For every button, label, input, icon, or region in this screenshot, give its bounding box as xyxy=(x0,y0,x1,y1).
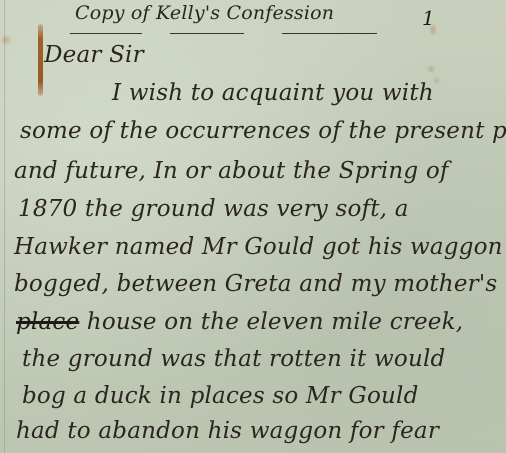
header-underline xyxy=(70,33,142,34)
margin-rule xyxy=(4,0,5,453)
header-underline xyxy=(282,33,377,34)
foxing-stain xyxy=(428,66,434,72)
manuscript-line-6: bogged, between Greta and my mother's xyxy=(14,271,497,297)
line-text: the ground was that rotten it would xyxy=(22,346,445,372)
foxing-stain xyxy=(2,36,10,44)
line-text: bogged, between Greta and my mother's xyxy=(14,271,497,297)
struck-out-word: place xyxy=(16,309,79,335)
header-underline xyxy=(170,33,244,34)
manuscript-page: Copy of Kelly's Confession 1 Dear Sir I … xyxy=(0,0,506,453)
salutation: Dear Sir xyxy=(44,42,144,68)
manuscript-line-3: and future, In or about the Spring of xyxy=(14,158,449,184)
line-text: 1870 the ground was very soft, a xyxy=(18,196,409,222)
page-number: 1 xyxy=(422,6,435,30)
line-text: bog a duck in places so Mr Gould xyxy=(22,383,419,409)
manuscript-line-1: I wish to acquaint you with xyxy=(112,80,434,106)
line-text: house on the eleven mile creek, xyxy=(79,309,463,335)
manuscript-line-7: place house on the eleven mile creek, xyxy=(16,309,463,335)
rust-stain-mark xyxy=(38,24,43,96)
manuscript-line-10: had to abandon his waggon for fear xyxy=(16,418,439,444)
line-text: Hawker named Mr Gould got his waggon xyxy=(14,234,503,260)
manuscript-line-9: bog a duck in places so Mr Gould xyxy=(22,383,419,409)
line-text: I wish to acquaint you with xyxy=(112,80,434,106)
manuscript-line-5: Hawker named Mr Gould got his waggon xyxy=(14,234,503,260)
line-text: some of the occurrences of the present p… xyxy=(20,118,506,144)
line-text: and future, In or about the Spring of xyxy=(14,158,449,184)
line-text: had to abandon his waggon for fear xyxy=(16,418,439,444)
manuscript-line-4: 1870 the ground was very soft, a xyxy=(18,196,409,222)
foxing-stain xyxy=(434,78,439,83)
manuscript-line-2: some of the occurrences of the present p… xyxy=(20,118,506,144)
document-header-title: Copy of Kelly's Confession xyxy=(75,2,334,24)
manuscript-line-8: the ground was that rotten it would xyxy=(22,346,445,372)
